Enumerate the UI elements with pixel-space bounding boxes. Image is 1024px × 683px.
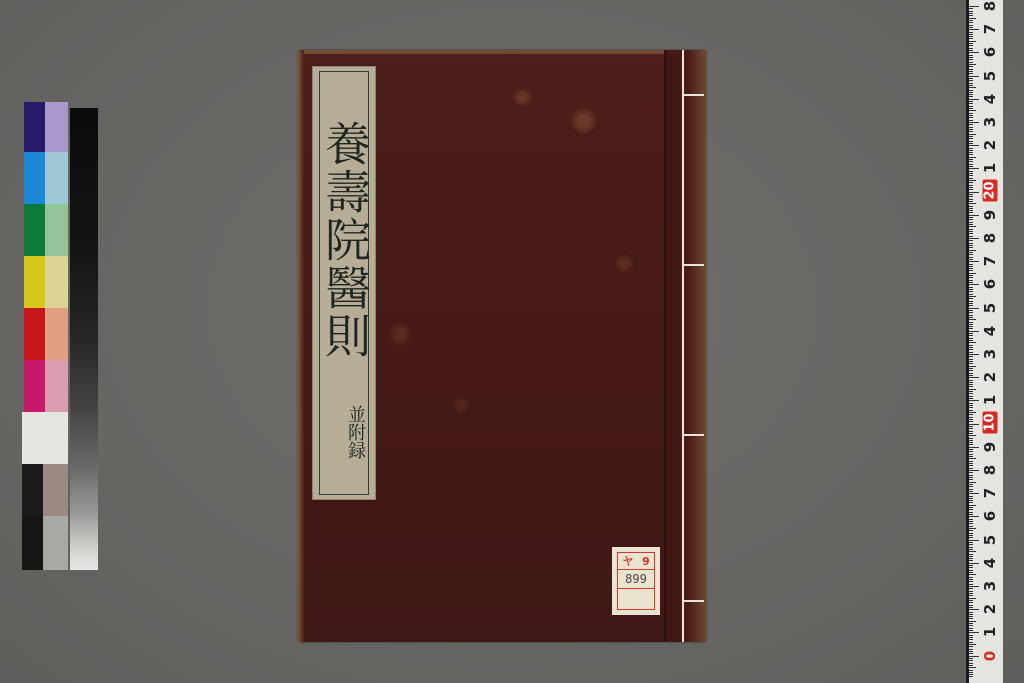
ruler-tick (969, 366, 976, 367)
ruler-tick (969, 141, 973, 142)
ruler-tick (969, 134, 976, 135)
ruler-tick (969, 440, 973, 441)
ruler-tick (969, 574, 976, 575)
ruler-tick (969, 577, 973, 578)
ruler-tick (969, 386, 973, 387)
ruler-tick (969, 208, 973, 209)
ruler-tick (969, 217, 973, 218)
ruler-tick (969, 231, 973, 232)
ruler-tick (969, 73, 973, 74)
ruler-tick (969, 145, 979, 146)
ruler-tick (969, 55, 973, 56)
ruler-tick (969, 451, 973, 452)
ruler-tick (969, 257, 973, 258)
ruler-tick (969, 549, 973, 550)
ruler-tick (969, 22, 973, 23)
ruler-tick (969, 331, 979, 332)
ruler-tick (969, 166, 973, 167)
ruler-label: 3 (981, 343, 999, 365)
ruler-tick (969, 563, 979, 564)
ruler-tick (969, 101, 973, 102)
ruler-tick (969, 229, 973, 230)
ruler-tick (969, 579, 973, 580)
ruler-tick (969, 92, 973, 93)
ruler-tick (969, 623, 973, 624)
ruler-tick (969, 479, 973, 480)
ruler-label: 2 (981, 366, 999, 388)
book-title: 養壽院醫則 (313, 75, 375, 405)
ruler-tick (969, 461, 973, 462)
ruler-tick (969, 50, 973, 51)
ruler-tick (969, 117, 973, 118)
ruler-tick (969, 129, 973, 130)
ruler-tick (969, 110, 976, 111)
binding-stitch-3 (682, 434, 704, 436)
swatch-black-2 (22, 516, 43, 570)
ruler-tick (969, 468, 973, 469)
ruler-tick (969, 672, 973, 673)
swatch-salmon (45, 308, 68, 360)
ruler-tick (969, 431, 973, 432)
ruler-tick (969, 266, 973, 267)
ruler-label: 1 (981, 389, 999, 411)
ruler-tick (969, 275, 973, 276)
ruler-tick (969, 540, 979, 541)
measuring-ruler: 8765432120987654321109876543210 (966, 0, 1003, 683)
ruler-tick (969, 25, 973, 26)
ruler-tick (969, 224, 973, 225)
ruler-tick (969, 6, 979, 7)
ruler-tick (969, 64, 976, 65)
ruler-tick (969, 273, 976, 274)
ruler-tick (969, 426, 973, 427)
ruler-tick (969, 41, 976, 42)
ruler-tick (969, 472, 973, 473)
ruler-tick (969, 192, 979, 193)
ruler-tick (969, 649, 973, 650)
ruler-tick (969, 375, 973, 376)
swatch-blue (24, 152, 45, 204)
ruler-tick (969, 287, 973, 288)
ruler-tick (969, 651, 973, 652)
ruler-tick (969, 632, 979, 633)
ruler-tick (969, 43, 973, 44)
ruler-tick (969, 591, 973, 592)
ruler-tick (969, 593, 973, 594)
ruler-tick (969, 187, 973, 188)
ruler-tick (969, 338, 973, 339)
color-checker (22, 102, 98, 570)
ruler-tick (969, 410, 973, 411)
ruler-tick (969, 62, 973, 63)
ruler-tick (969, 607, 973, 608)
ruler-label: 4 (981, 320, 999, 342)
binding-fold (664, 50, 666, 642)
ruler-tick (969, 85, 973, 86)
ruler-tick (969, 345, 973, 346)
swatch-lightblue (45, 152, 68, 204)
ruler-tick (969, 180, 976, 181)
ruler-label: 2 (981, 134, 999, 156)
ruler-tick (969, 194, 973, 195)
ruler-tick (969, 396, 973, 397)
ruler-tick (969, 20, 973, 21)
ruler-tick (969, 308, 979, 309)
ruler-tick (969, 124, 973, 125)
ruler-tick (969, 222, 973, 223)
ruler-tick (969, 600, 973, 601)
ruler-tick (969, 498, 973, 499)
ruler-tick (969, 618, 973, 619)
ruler-tick (969, 507, 973, 508)
ruler-tick (969, 319, 976, 320)
ruler-tick (969, 377, 979, 378)
ruler-tick (969, 199, 973, 200)
ruler-tick (969, 628, 973, 629)
ruler-tick (969, 502, 973, 503)
swatch-violet (24, 102, 45, 152)
ruler-tick (969, 317, 973, 318)
ruler-tick (969, 245, 973, 246)
ruler-tick (969, 282, 973, 283)
ruler-label: 6 (981, 505, 999, 527)
ruler-tick (969, 391, 973, 392)
ruler-tick (969, 333, 973, 334)
ruler-tick (969, 544, 973, 545)
ruler-label: 8 (981, 227, 999, 249)
ruler-tick (969, 554, 973, 555)
ruler-tick (969, 537, 973, 538)
ruler-tick (969, 456, 973, 457)
ruler-tick (969, 639, 973, 640)
ruler-tick (969, 588, 973, 589)
ruler-tick (969, 96, 973, 97)
ruler-tick (969, 612, 973, 613)
ruler-tick (969, 447, 979, 448)
ruler-tick (969, 250, 976, 251)
ruler-label: 4 (981, 88, 999, 110)
ruler-tick (969, 438, 973, 439)
ruler-tick (969, 533, 973, 534)
ruler-tick (969, 196, 973, 197)
ruler-label: 6 (981, 273, 999, 295)
ruler-tick (969, 240, 973, 241)
ruler-tick (969, 259, 973, 260)
ruler-tick (969, 178, 973, 179)
ruler-tick (969, 342, 976, 343)
ruler-tick (969, 528, 976, 529)
ruler-tick (969, 243, 973, 244)
ruler-tick (969, 361, 973, 362)
ruler-tick (969, 616, 973, 617)
ruler-tick (969, 356, 973, 357)
ruler-tick (969, 489, 973, 490)
ruler-tick (969, 291, 973, 292)
ruler-tick (969, 189, 973, 190)
ruler-tick (969, 614, 973, 615)
ruler-tick (969, 521, 973, 522)
ruler-tick (969, 164, 973, 165)
ruler-label: 0 (981, 645, 999, 667)
ruler-tick (969, 417, 973, 418)
ruler-tick (969, 465, 973, 466)
ruler-tick (969, 389, 976, 390)
ruler-tick (969, 646, 973, 647)
ruler-tick (969, 206, 973, 207)
ruler-label: 8 (981, 459, 999, 481)
ruler-tick (969, 219, 973, 220)
cover-top-edge (298, 50, 706, 54)
ruler-tick (969, 523, 973, 524)
ruler-tick (969, 99, 979, 100)
ruler-tick (969, 558, 973, 559)
ruler-tick (969, 83, 973, 84)
ruler-tick (969, 122, 979, 123)
ruler-tick (969, 442, 973, 443)
ruler-tick (969, 400, 979, 401)
ruler-tick (969, 303, 973, 304)
cover-left-edge (298, 50, 304, 642)
ruler-tick (969, 670, 973, 671)
library-label-border: ヤ 9 899 (617, 552, 655, 610)
ruler-tick (969, 491, 973, 492)
ruler-tick (969, 605, 973, 606)
ruler-tick (969, 384, 973, 385)
ruler-tick (969, 173, 973, 174)
ruler-tick (969, 354, 979, 355)
ruler-tick (969, 530, 973, 531)
ruler-tick (969, 505, 976, 506)
grayscale-strip (70, 108, 98, 570)
ruler-tick (969, 347, 973, 348)
swatch-lavender (45, 102, 68, 152)
ruler-tick (969, 435, 976, 436)
ruler-tick (969, 233, 973, 234)
ruler-tick (969, 512, 973, 513)
ruler-tick (969, 108, 973, 109)
ruler-tick (969, 516, 979, 517)
ruler-label: 5 (981, 297, 999, 319)
ruler-label: 7 (981, 18, 999, 40)
ruler-tick (969, 301, 973, 302)
ruler-tick (969, 496, 973, 497)
ruler-tick (969, 136, 973, 137)
ruler-tick (969, 8, 973, 9)
binding-stitch-2 (682, 264, 704, 266)
ruler-tick (969, 470, 979, 471)
ruler-tick (969, 637, 973, 638)
ruler-tick (969, 296, 976, 297)
ruler-tick (969, 315, 973, 316)
label-call-number: 899 (618, 570, 654, 589)
ruler-tick (969, 252, 973, 253)
ruler-tick (969, 38, 973, 39)
ruler-tick (969, 373, 973, 374)
ruler-tick (969, 352, 973, 353)
ruler-tick (969, 127, 973, 128)
ruler-tick (969, 486, 973, 487)
ruler-tick (969, 595, 973, 596)
ruler-tick (969, 159, 973, 160)
ruler-tick (969, 586, 979, 587)
ruler-label: 5 (981, 529, 999, 551)
ruler-tick (969, 405, 973, 406)
ruler-tick (969, 201, 973, 202)
ruler-tick (969, 567, 973, 568)
ruler-tick (969, 674, 973, 675)
ruler-tick (969, 382, 973, 383)
ruler-label: 6 (981, 41, 999, 63)
ruler-tick (969, 69, 973, 70)
ruler-label: 2 (981, 598, 999, 620)
ruler-tick (969, 407, 973, 408)
ruler-tick (969, 340, 973, 341)
swatch-green (24, 204, 45, 256)
ruler-tick (969, 131, 973, 132)
ruler-tick (969, 393, 973, 394)
ruler-tick (969, 71, 973, 72)
ruler-tick (969, 598, 976, 599)
ruler-tick (969, 18, 976, 19)
ruler-tick (969, 551, 976, 552)
ruler-tick (969, 148, 973, 149)
ruler-tick (969, 667, 976, 668)
ruler-tick (969, 236, 973, 237)
ruler-tick (969, 326, 973, 327)
ruler-tick (969, 412, 976, 413)
ruler-tick (969, 433, 973, 434)
ruler-tick (969, 294, 973, 295)
ruler-tick (969, 676, 973, 677)
ruler-tick (969, 556, 973, 557)
ruler-tick (969, 665, 973, 666)
ruler-tick (969, 113, 973, 114)
ruler-label: 9 (981, 436, 999, 458)
ruler-tick (969, 66, 973, 67)
ruler-tick (969, 322, 973, 323)
ruler-tick (969, 663, 973, 664)
ruler-label: 1 (981, 157, 999, 179)
ruler-tick (969, 514, 973, 515)
ruler-tick (969, 80, 973, 81)
ruler-tick (969, 264, 973, 265)
ruler-tick (969, 370, 973, 371)
ruler-tick (969, 477, 973, 478)
ruler-tick (969, 324, 973, 325)
swatch-taupe (43, 464, 68, 516)
ruler-tick (969, 328, 973, 329)
ruler-tick (969, 284, 979, 285)
ruler-tick (969, 493, 979, 494)
ruler-tick (969, 161, 973, 162)
ruler-label: 7 (981, 250, 999, 272)
swatch-black-1 (22, 464, 43, 516)
ruler-label: 7 (981, 482, 999, 504)
ruler-tick (969, 270, 973, 271)
ruler-tick (969, 642, 973, 643)
ruler-tick (969, 203, 976, 204)
ruler-tick (969, 609, 979, 610)
ruler-tick (969, 76, 979, 77)
ruler-tick (969, 570, 973, 571)
ruler-tick (969, 27, 973, 28)
ruler-tick (969, 48, 973, 49)
ruler-tick (969, 547, 973, 548)
swatch-yellow (24, 256, 45, 308)
ruler-label: 5 (981, 65, 999, 87)
ruler-tick (969, 15, 973, 16)
ruler-tick (969, 625, 973, 626)
ruler-tick (969, 526, 973, 527)
ruler-label: 1 (981, 621, 999, 643)
ruler-tick (969, 572, 973, 573)
ruler-tick (969, 45, 973, 46)
ruler-tick (969, 419, 973, 420)
ruler-label: 4 (981, 552, 999, 574)
binding-stitch-4 (682, 600, 704, 602)
ruler-tick (969, 509, 973, 510)
ruler-tick (969, 359, 973, 360)
ruler-label: 9 (981, 204, 999, 226)
ruler-tick (969, 449, 973, 450)
label-class-number: 9 (642, 555, 650, 568)
ruler-tick (969, 152, 973, 153)
ruler-tick (969, 660, 973, 661)
ruler-tick (969, 29, 979, 30)
ruler-tick (969, 363, 973, 364)
ruler-tick (969, 247, 973, 248)
ruler-tick (969, 138, 973, 139)
swatch-white (22, 412, 68, 464)
ruler-label: 10 (983, 411, 998, 433)
ruler-tick (969, 210, 973, 211)
ruler-tick (969, 310, 973, 311)
ruler-tick (969, 581, 973, 582)
ruler-tick (969, 312, 973, 313)
ruler-tick (969, 560, 973, 561)
ruler-tick (969, 11, 973, 12)
ruler-tick (969, 658, 973, 659)
ruler-tick (969, 280, 973, 281)
ruler-tick (969, 421, 973, 422)
swatch-lightgreen (45, 204, 68, 256)
ruler-label: 3 (981, 111, 999, 133)
ruler-tick (969, 154, 973, 155)
ruler-tick (969, 94, 973, 95)
ruler-tick (969, 120, 973, 121)
ruler-tick (969, 621, 976, 622)
ruler-tick (969, 380, 973, 381)
swatch-magenta (24, 360, 45, 412)
ruler-tick (969, 168, 979, 169)
ruler-tick (969, 78, 973, 79)
ruler-tick (969, 398, 973, 399)
ruler-tick (969, 277, 973, 278)
ruler-label: 8 (981, 0, 999, 17)
label-class-row: ヤ 9 (618, 553, 654, 570)
ruler-tick (969, 57, 973, 58)
ruler-tick (969, 106, 973, 107)
ruler-tick (969, 215, 979, 216)
ruler-tick (969, 226, 976, 227)
ruler-tick (969, 52, 979, 53)
ruler-tick (969, 34, 973, 35)
swatch-gray (43, 516, 68, 570)
label-class-mark: ヤ (622, 553, 633, 569)
ruler-tick (969, 463, 973, 464)
ruler-tick (969, 289, 973, 290)
ruler-tick (969, 115, 973, 116)
